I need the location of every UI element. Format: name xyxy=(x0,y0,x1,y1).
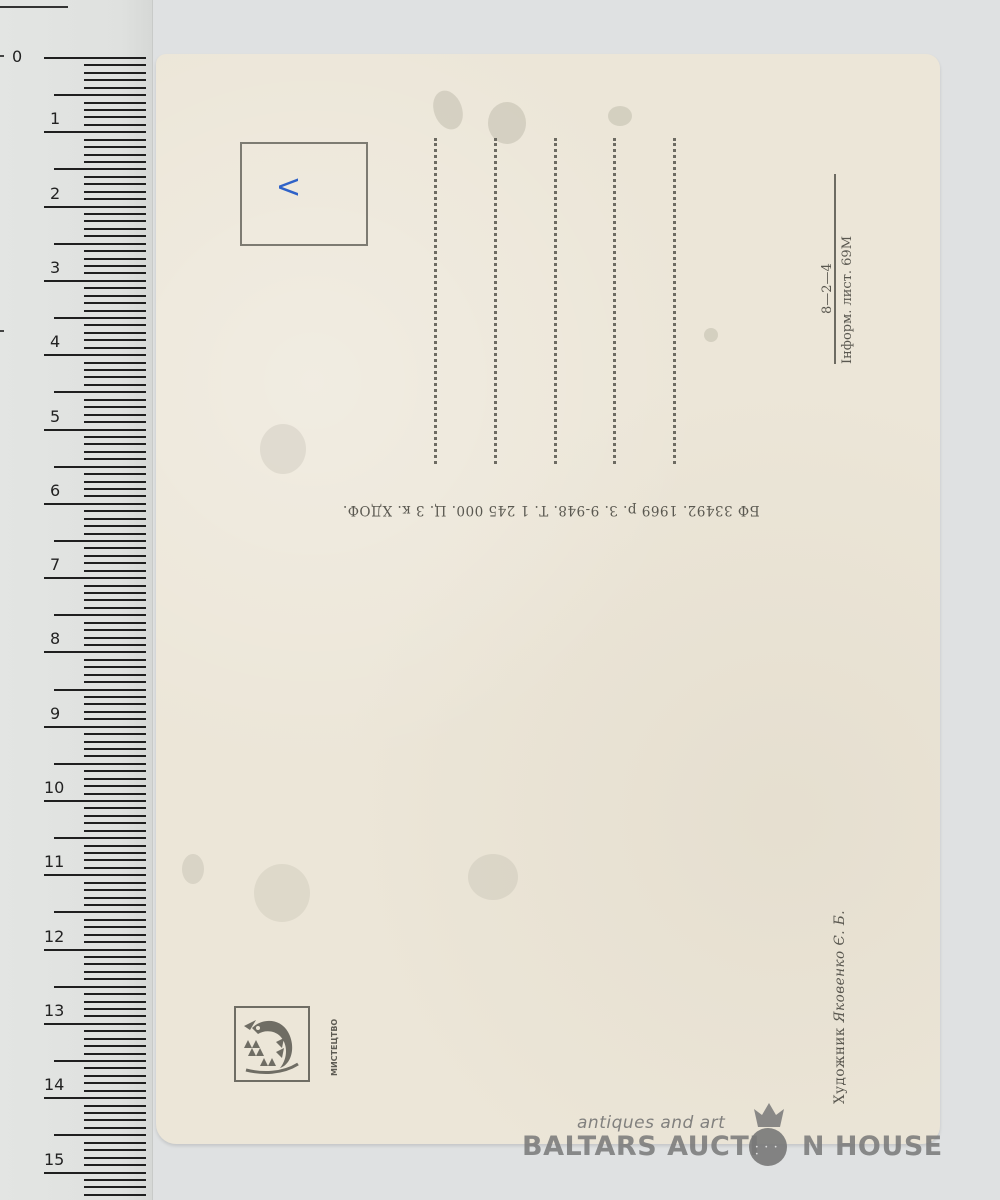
bird-emblem-icon xyxy=(236,1008,308,1080)
ruler-tick xyxy=(84,1045,146,1047)
ruler-tick xyxy=(84,1194,146,1196)
watermark-tagline: antiques and art xyxy=(577,1113,725,1133)
stamp-placeholder-box: V xyxy=(240,142,368,246)
ruler-tick xyxy=(84,607,146,609)
ruler-tick xyxy=(54,689,146,691)
ruler-tick xyxy=(84,369,146,371)
ruler-tick xyxy=(54,243,146,245)
ruler-label: 15 xyxy=(44,1150,74,1169)
ruler-tick xyxy=(84,488,146,490)
ruler-tick xyxy=(84,822,146,824)
ruler-tick xyxy=(84,637,146,639)
ruler-tick xyxy=(84,198,146,200)
ruler-tick xyxy=(84,629,146,631)
ruler-tick xyxy=(84,956,146,958)
publisher-name: МИСТЕЦТВО xyxy=(330,1019,339,1076)
ruler-label: 11 xyxy=(44,852,74,871)
ruler-tick xyxy=(54,986,146,988)
ruler-tick xyxy=(54,1134,146,1136)
stain xyxy=(260,424,306,474)
orb-icon: • • • • xyxy=(749,1128,787,1166)
ruler-tick xyxy=(84,116,146,118)
ruler-tick xyxy=(44,800,146,802)
ruler-tick xyxy=(84,458,146,460)
ruler-tick xyxy=(44,206,146,208)
ruler-label: 0 xyxy=(12,47,42,66)
ruler-tick xyxy=(84,711,146,713)
ruler-tick xyxy=(84,785,146,787)
ruler-tick xyxy=(84,1112,146,1114)
stain xyxy=(608,106,632,126)
ruler-tick xyxy=(84,87,146,89)
ruler-tick xyxy=(84,778,146,780)
ruler-side-mark xyxy=(0,55,4,57)
ruler-tick xyxy=(44,726,146,728)
ruler-label: 5 xyxy=(50,407,80,426)
ruler-tick xyxy=(44,651,146,653)
ruler-tick xyxy=(84,154,146,156)
ruler-tick xyxy=(84,250,146,252)
ruler-tick xyxy=(84,139,146,141)
ruler-tick xyxy=(84,562,146,564)
ruler-tick xyxy=(84,696,146,698)
ruler-tick xyxy=(84,666,146,668)
watermark-brand-part1: BALTARS AUCTI xyxy=(522,1131,760,1162)
ruler-tick xyxy=(84,362,146,364)
ruler-tick xyxy=(84,815,146,817)
ruler-tick xyxy=(84,495,146,497)
ruler-tick xyxy=(84,592,146,594)
ruler-tick xyxy=(84,1067,146,1069)
ruler-tick xyxy=(84,436,146,438)
ruler-tick xyxy=(84,481,146,483)
orb-dots: • • • • xyxy=(755,1144,787,1158)
ruler-tick xyxy=(84,941,146,943)
ruler-tick xyxy=(84,220,146,222)
ruler-tick xyxy=(84,518,146,520)
ruler-tick xyxy=(84,1008,146,1010)
address-line xyxy=(613,138,616,464)
ruler-tick xyxy=(54,1060,146,1062)
ruler-tick xyxy=(84,659,146,661)
ruler-tick xyxy=(84,755,146,757)
ruler-tick xyxy=(84,748,146,750)
ruler-tick xyxy=(84,1127,146,1129)
ruler-tick xyxy=(84,1082,146,1084)
ruler-tick xyxy=(44,949,146,951)
ruler-tick xyxy=(84,399,146,401)
ruler-tick xyxy=(84,1157,146,1159)
ruler-tick xyxy=(84,79,146,81)
ruler-tick xyxy=(84,733,146,735)
ruler-label: 12 xyxy=(44,927,74,946)
ruler-tick xyxy=(44,429,146,431)
ruler-tick xyxy=(84,963,146,965)
ruler-tick xyxy=(54,317,146,319)
ruler-tick xyxy=(84,510,146,512)
stain xyxy=(254,864,310,922)
ruler-tick xyxy=(84,897,146,899)
ruler-tick xyxy=(84,741,146,743)
publisher-logo xyxy=(234,1006,310,1082)
ruler-label: 3 xyxy=(50,258,80,277)
ruler-tick xyxy=(84,1090,146,1092)
ruler-tick xyxy=(84,473,146,475)
ruler-tick xyxy=(84,845,146,847)
ruler-tick xyxy=(44,874,146,876)
ruler-tick xyxy=(84,555,146,557)
ruler-tick xyxy=(54,614,146,616)
ruler-tick xyxy=(44,503,146,505)
ruler-tick xyxy=(84,978,146,980)
ruler-tick xyxy=(84,859,146,861)
ruler-tick xyxy=(54,911,146,913)
ruler-side-mark xyxy=(0,330,4,332)
ruler-tick xyxy=(84,347,146,349)
ruler-tick xyxy=(54,763,146,765)
stain xyxy=(468,854,518,900)
ruler-tick xyxy=(44,1023,146,1025)
ruler-label: 13 xyxy=(44,1001,74,1020)
ruler-tick xyxy=(84,302,146,304)
ruler-tick xyxy=(84,376,146,378)
ruler-tick xyxy=(84,414,146,416)
ruler-tick xyxy=(84,258,146,260)
ruler-tick xyxy=(54,94,146,96)
ruler-tick xyxy=(44,131,146,133)
ruler-tick xyxy=(84,176,146,178)
ruler-tick xyxy=(84,1053,146,1055)
artist-prefix: Художник xyxy=(832,1027,848,1104)
ruler-tick xyxy=(84,72,146,74)
address-line xyxy=(494,138,497,464)
ruler-tick xyxy=(54,391,146,393)
catalog-number: 8—2—4 xyxy=(820,154,835,314)
ruler-tick xyxy=(84,599,146,601)
artist-name: Яковенко Є. Б. xyxy=(832,910,848,1022)
ruler-tick xyxy=(84,287,146,289)
ruler-tick xyxy=(54,837,146,839)
ruler-tick xyxy=(54,540,146,542)
ruler-tick xyxy=(44,354,146,356)
ruler-tick xyxy=(84,1015,146,1017)
ruler-tick xyxy=(84,533,146,535)
artist-credit: Художник Яковенко Є. Б. xyxy=(832,910,848,1104)
ruler-label: 7 xyxy=(50,555,80,574)
ruler-tick xyxy=(84,384,146,386)
ruler-tick xyxy=(84,867,146,869)
ruler-tick xyxy=(84,324,146,326)
ruler-tick xyxy=(84,451,146,453)
ruler-tick xyxy=(84,622,146,624)
ruler-tick xyxy=(84,993,146,995)
ruler-tick xyxy=(84,235,146,237)
ruler-tick xyxy=(84,406,146,408)
ruler-tick xyxy=(84,1142,146,1144)
ruler-tick xyxy=(44,1172,146,1174)
ruler-tick xyxy=(84,547,146,549)
ruler-tick xyxy=(84,443,146,445)
catalog-label: Інформ. лист. 69М xyxy=(840,204,855,364)
ruler-tick xyxy=(84,183,146,185)
ruler-tick xyxy=(84,1179,146,1181)
ruler-label: 10 xyxy=(44,778,74,797)
ruler-tick xyxy=(84,718,146,720)
ruler-tick xyxy=(84,332,146,334)
ruler-tick xyxy=(84,852,146,854)
stain xyxy=(704,328,718,342)
ruler-tick xyxy=(84,934,146,936)
ruler-tick xyxy=(84,585,146,587)
stain xyxy=(182,854,204,884)
ruler-tick xyxy=(84,926,146,928)
ruler-tick xyxy=(84,1119,146,1121)
ruler-tick xyxy=(84,681,146,683)
watermark-brand-part2: N HOUSE xyxy=(802,1131,943,1162)
ruler-tick xyxy=(84,1001,146,1003)
print-run-info: БФ 33492. 1969 р. З. 9-948. Т. 1 245 000… xyxy=(286,502,816,518)
ruler-tick xyxy=(84,124,146,126)
ruler-tick xyxy=(84,1038,146,1040)
ruler-tick xyxy=(84,1030,146,1032)
address-line xyxy=(434,138,437,464)
ruler-tick xyxy=(44,1097,146,1099)
handwritten-mark: V xyxy=(272,178,302,196)
ruler-tick xyxy=(84,228,146,230)
ruler-label: 4 xyxy=(50,332,80,351)
ruler-tick xyxy=(84,770,146,772)
ruler-tick xyxy=(84,882,146,884)
ruler-tick xyxy=(84,295,146,297)
ruler-tick xyxy=(84,793,146,795)
ruler-label: 8 xyxy=(50,629,80,648)
address-line xyxy=(673,138,676,464)
ruler-tick xyxy=(84,830,146,832)
ruler-tick xyxy=(84,644,146,646)
ruler-tick xyxy=(84,213,146,215)
stain xyxy=(428,86,468,133)
ruler-tick xyxy=(84,146,146,148)
ruler-tick xyxy=(84,570,146,572)
ruler-label: 6 xyxy=(50,481,80,500)
ruler-tick xyxy=(84,889,146,891)
ruler-tick xyxy=(84,703,146,705)
ruler-tick xyxy=(84,1105,146,1107)
measuring-ruler: 0123456789101112131415 xyxy=(0,0,153,1200)
ruler-tick xyxy=(84,1164,146,1166)
ruler-tick xyxy=(84,272,146,274)
ruler-tick xyxy=(84,339,146,341)
ruler-tick xyxy=(84,191,146,193)
postcard-back: V БФ 33492. 1969 р. З. 9-948. Т. 1 245 0… xyxy=(156,54,940,1144)
ruler-tick xyxy=(84,1186,146,1188)
ruler-tick xyxy=(84,102,146,104)
ruler-tick xyxy=(54,466,146,468)
ruler-label: 9 xyxy=(50,704,80,723)
ruler-tick xyxy=(84,421,146,423)
ruler-label: 2 xyxy=(50,184,80,203)
ruler-label: 1 xyxy=(50,109,80,128)
ruler-tick xyxy=(84,310,146,312)
ruler-tick xyxy=(84,64,146,66)
ruler-tick xyxy=(84,161,146,163)
ruler-tick xyxy=(44,57,146,59)
ruler-tick xyxy=(84,1075,146,1077)
ruler-tick xyxy=(84,674,146,676)
ruler-tick xyxy=(84,1149,146,1151)
watermark-brand: BALTARS AUCTIN HOUSE xyxy=(522,1131,943,1162)
ruler-tick xyxy=(84,919,146,921)
ruler-tick xyxy=(84,109,146,111)
crown-icon xyxy=(752,1103,786,1127)
ruler-tick xyxy=(54,168,146,170)
ruler-tick xyxy=(84,971,146,973)
ruler-tick xyxy=(44,577,146,579)
ruler-tick xyxy=(44,280,146,282)
ruler-tick xyxy=(84,904,146,906)
ruler-tick xyxy=(84,265,146,267)
ruler-tick xyxy=(84,807,146,809)
address-line xyxy=(554,138,557,464)
ruler-label: 14 xyxy=(44,1075,74,1094)
ruler-tick xyxy=(84,525,146,527)
catalog-divider-line xyxy=(834,174,836,364)
ruler-top-edge-line xyxy=(0,6,68,8)
